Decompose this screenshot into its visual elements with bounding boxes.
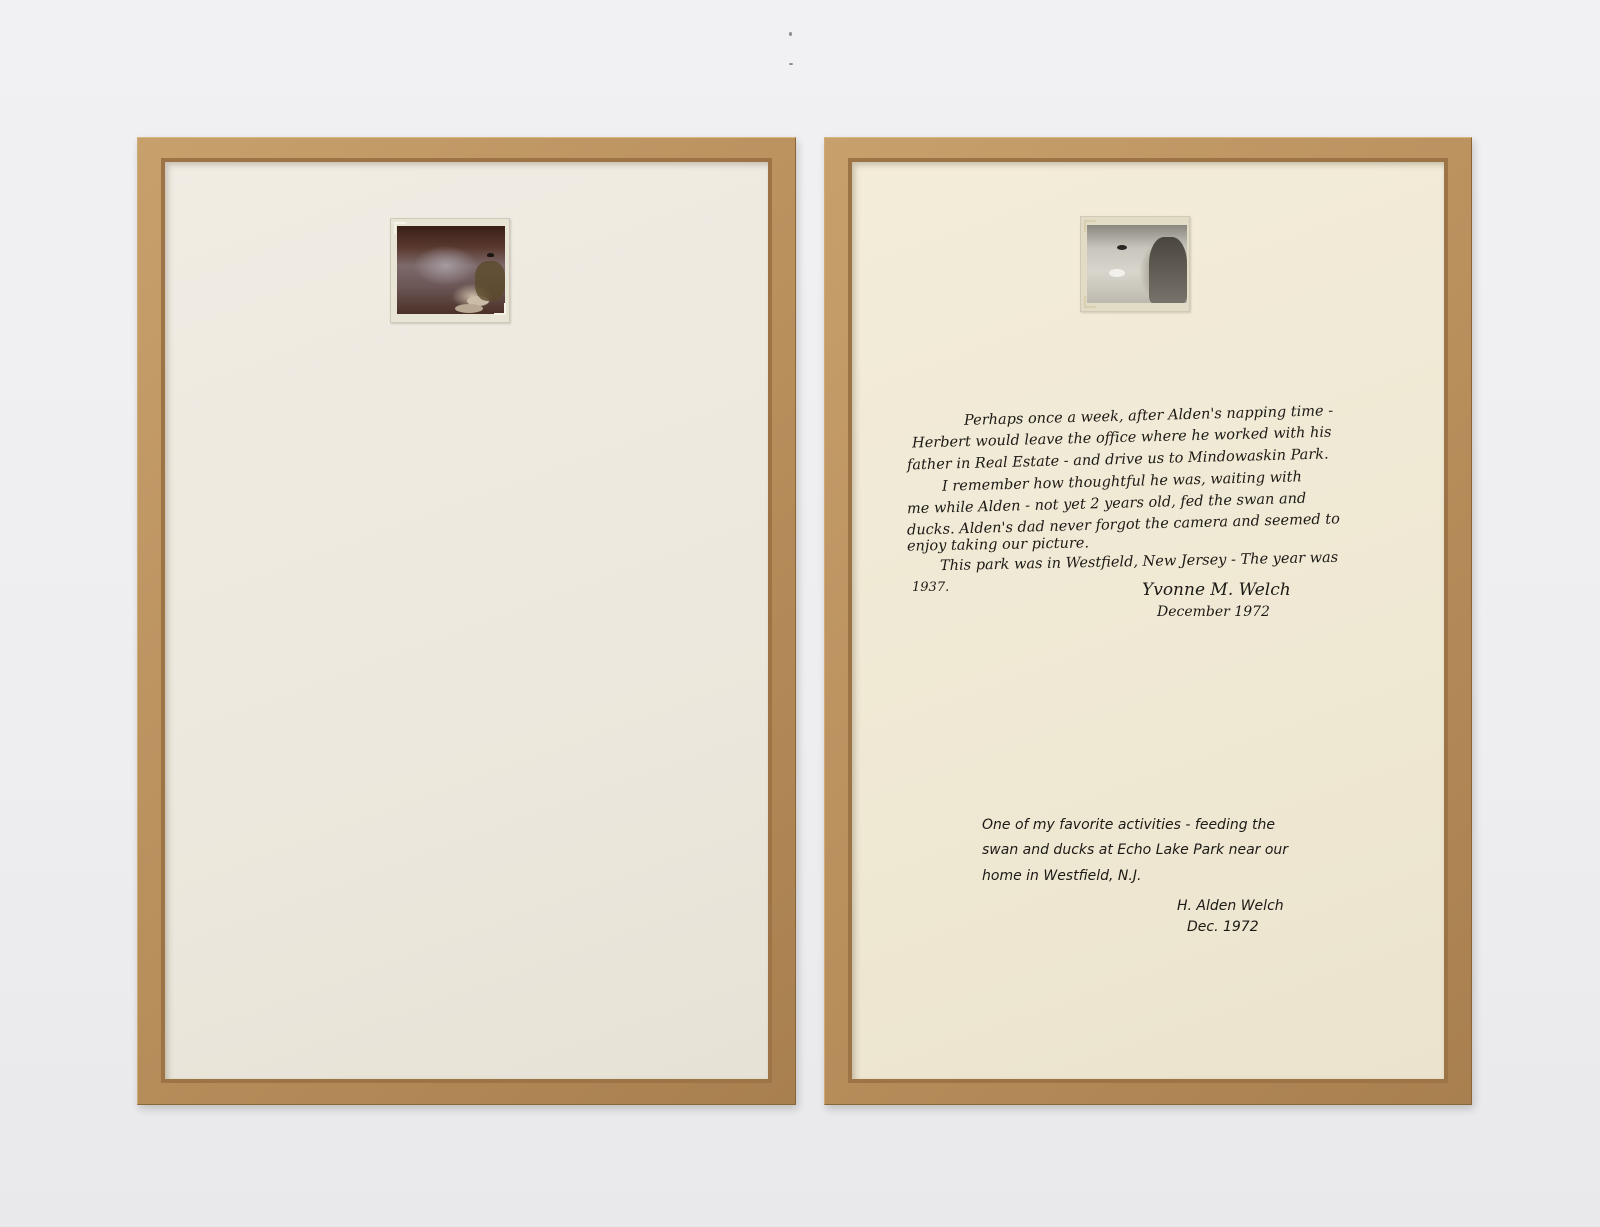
left-photo-pond: [397, 226, 505, 314]
right-picture-frame: Perhaps once a week, after Alden's nappi…: [824, 137, 1472, 1105]
letter-1-line: enjoy taking our picture.: [907, 535, 1089, 554]
right-photo-mount: [1080, 216, 1190, 312]
letter-1-line: I remember how thoughtful he was, waitin…: [942, 469, 1302, 494]
left-picture-frame: [137, 137, 796, 1105]
duck-shape: [1117, 245, 1127, 250]
letter-2-line: home in Westfield, N.J.: [982, 868, 1141, 884]
letter-2-signature: H. Alden Welch: [1177, 898, 1284, 914]
left-mat-board: [165, 162, 768, 1079]
photo-corner-icon: [494, 303, 506, 315]
left-photo-mount: [390, 218, 510, 323]
letter-1-signature: Yvonne M. Welch: [1142, 580, 1291, 600]
swan-shape: [1109, 269, 1125, 277]
right-mat-board: Perhaps once a week, after Alden's nappi…: [852, 162, 1444, 1079]
letter-1-line: This park was in Westfield, New Jersey -…: [940, 550, 1338, 574]
photo-corner-icon: [1084, 296, 1096, 308]
rock-shape: [455, 304, 483, 313]
letter-1-date: December 1972: [1157, 604, 1270, 620]
wall-nail-mark: [789, 32, 792, 36]
foliage-shape: [475, 261, 505, 301]
letter-2-line: One of my favorite activities - feeding …: [982, 817, 1275, 833]
photo-corner-icon: [1084, 220, 1096, 232]
letter-2-line: swan and ducks at Echo Lake Park near ou…: [982, 842, 1288, 858]
wall-nail-mark: [789, 63, 793, 65]
letter-1-line: 1937.: [912, 580, 949, 595]
photo-corner-icon: [394, 222, 406, 234]
duck-shape: [487, 253, 494, 257]
people-shape: [1149, 237, 1187, 303]
right-photo-swan: [1087, 225, 1187, 303]
letter-2-date: Dec. 1972: [1187, 919, 1259, 935]
